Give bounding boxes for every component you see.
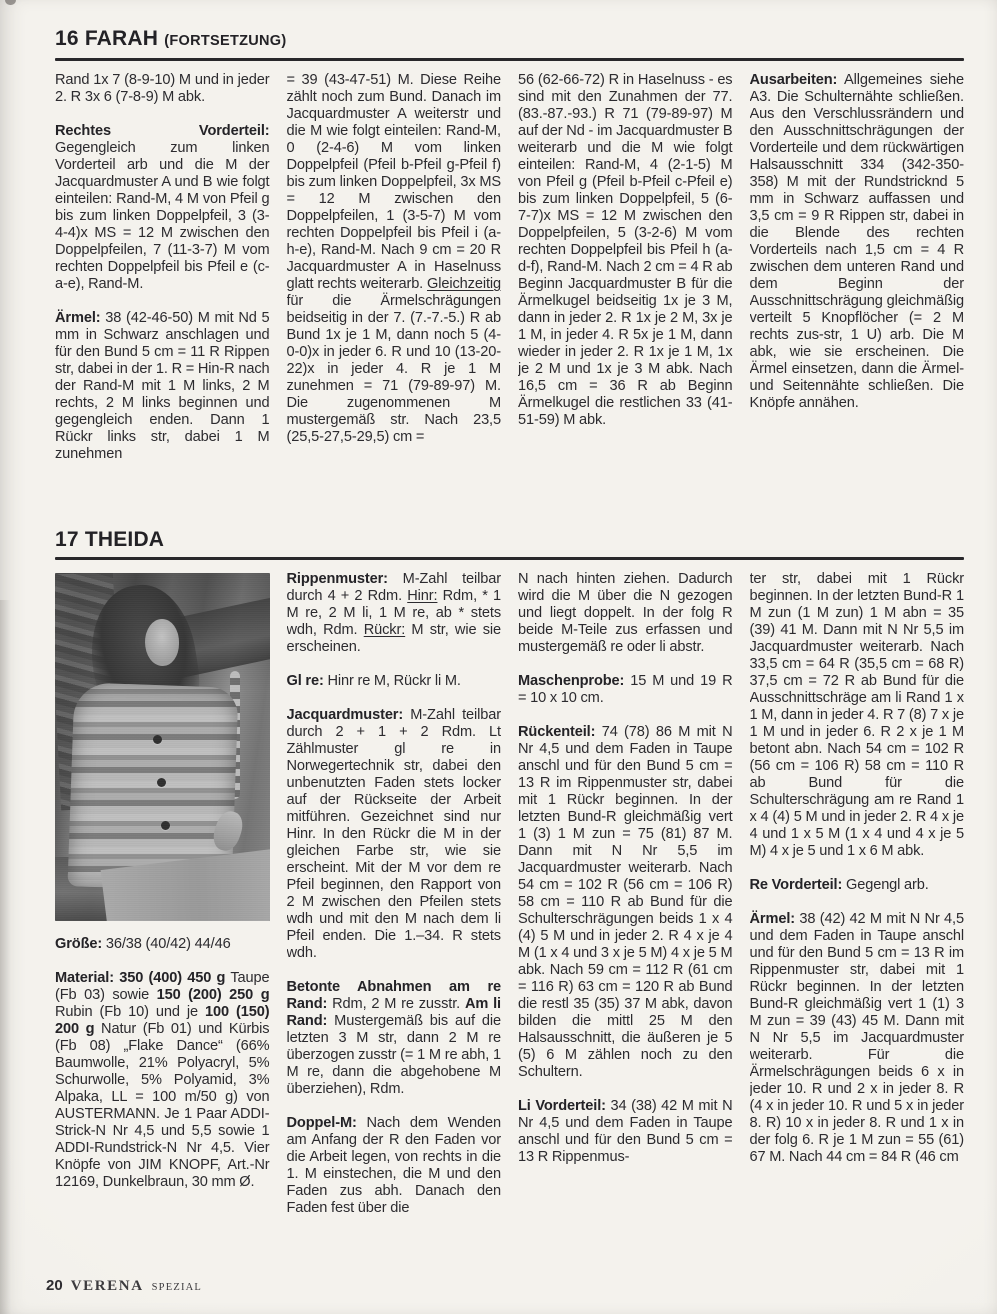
page-number: 20 [46,1277,63,1294]
theida-column-1-text: Größe: 36/38 (40/42) 44/46Material: 350 … [55,936,270,1191]
section-farah: 16 FARAH (FORTSETZUNG) Rand 1x 7 (8-9-10… [55,28,964,522]
paragraph: Re Vorderteil: Gegengl arb. [750,877,965,894]
paragraph: Größe: 36/38 (40/42) 44/46 [55,936,270,953]
paragraph: Ärmel: 38 (42-46-50) M mit Nd 5 mm in Sc… [55,310,270,463]
paragraph: ter str, dabei mit 1 Rückr beginnen. In … [750,571,965,860]
farah-column-1: Rand 1x 7 (8-9-10) M und in jeder 2. R 3… [55,72,270,522]
pattern-name-theida: THEIDA [85,528,164,551]
theida-column-2: Rippenmuster: M-Zahl teilbar durch 4 + 2… [287,571,502,1277]
section-theida: 17 THEIDA [55,529,964,1277]
theida-column-1: Größe: 36/38 (40/42) 44/46Material: 350 … [55,571,270,1277]
farah-column-3: 56 (62-66-72) R in Haselnuss - es sind m… [518,72,733,522]
pattern-subtitle-farah: (FORTSETZUNG) [164,33,286,49]
scan-artifact [5,0,16,5]
paragraph: Rückenteil: 74 (78) 86 M mit N Nr 4,5 un… [518,724,733,1081]
paragraph: 56 (62-66-72) R in Haselnuss - es sind m… [518,72,733,429]
header-rule-theida [55,557,964,560]
paragraph: Ausarbeiten: Allgemeines siehe A3. Die S… [750,72,965,412]
paragraph: Jacquardmuster: M-Zahl teilbar durch 2 +… [287,707,502,962]
theida-column-3: N nach hinten ziehen. Dadurch wird die M… [518,571,733,1277]
paragraph: Gl re: Hinr re M, Rückr li M. [287,673,502,690]
magazine-edition: SPEZIAL [152,1282,202,1293]
pattern-number-farah: 16 [55,27,79,50]
pattern-name-farah: FARAH [85,27,158,50]
farah-columns: Rand 1x 7 (8-9-10) M und in jeder 2. R 3… [55,72,964,522]
photo-grain [55,573,270,921]
magazine-name: VERENA [71,1278,144,1295]
theida-column-4: ter str, dabei mit 1 Rückr beginnen. In … [750,571,965,1277]
magazine-page: 16 FARAH (FORTSETZUNG) Rand 1x 7 (8-9-10… [0,0,997,1314]
pattern-number-theida: 17 [55,528,79,551]
theida-columns: Größe: 36/38 (40/42) 44/46Material: 350 … [55,571,964,1277]
section-title-farah: 16 FARAH (FORTSETZUNG) [55,28,964,52]
paragraph: Material: 350 (400) 450 g Taupe (Fb 03) … [55,970,270,1191]
paragraph: = 39 (43-47-51) M. Diese Reihe zählt noc… [287,72,502,446]
paragraph: N nach hinten ziehen. Dadurch wird die M… [518,571,733,656]
page-footer: 20 VERENA SPEZIAL [46,1277,202,1295]
header-rule-farah [55,58,964,61]
farah-column-2: = 39 (43-47-51) M. Diese Reihe zählt noc… [287,72,502,522]
farah-column-4: Ausarbeiten: Allgemeines siehe A3. Die S… [750,72,965,522]
paragraph: Rechtes Vorderteil: Gegengleich zum link… [55,123,270,293]
scan-edge-shadow [0,600,11,1314]
paragraph: Ärmel: 38 (42) 42 M mit N Nr 4,5 und dem… [750,911,965,1166]
model-photo [55,573,270,921]
paragraph: Li Vorderteil: 34 (38) 42 M mit N Nr 4,5… [518,1098,733,1166]
paragraph: Rand 1x 7 (8-9-10) M und in jeder 2. R 3… [55,72,270,106]
section-title-theida: 17 THEIDA [55,529,964,551]
paragraph: Rippenmuster: M-Zahl teilbar durch 4 + 2… [287,571,502,656]
paragraph: Doppel-M: Nach dem Wenden am Anfang der … [287,1115,502,1217]
paragraph: Maschenprobe: 15 M und 19 R = 10 x 10 cm… [518,673,733,707]
paragraph: Betonte Abnahmen am re Rand: Rdm, 2 M re… [287,979,502,1098]
